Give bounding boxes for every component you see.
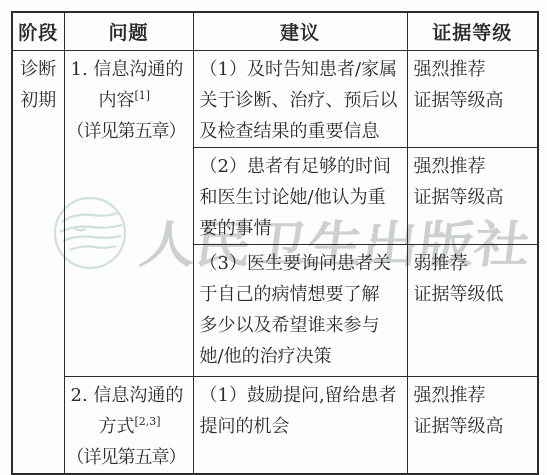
suggestion-cell-2-1: （1）鼓励提问,留给患者 提问的机会 bbox=[193, 377, 407, 475]
question-2-subject: 方式[2,3] bbox=[71, 411, 188, 442]
header-evidence-level: 证据等级 bbox=[407, 12, 538, 51]
evidence-cell-1-2: 强烈推荐 证据等级高 bbox=[407, 148, 538, 245]
header-suggestion: 建议 bbox=[193, 12, 407, 51]
recommendation-table: 阶段 问题 建议 证据等级 诊断 初期 1. 信息沟通的 内容[1] （详见第五… bbox=[11, 11, 539, 475]
suggestion-cell-1-1: （1）及时告知患者/家属 关于诊断、治疗、预后以 及检查结果的重要信息 bbox=[193, 51, 407, 148]
table-row: 2. 信息沟通的 方式[2,3] （详见第五章） （1）鼓励提问,留给患者 提问… bbox=[12, 377, 538, 475]
question-1-title: 1. 信息沟通的 bbox=[71, 54, 188, 85]
table-row: 诊断 初期 1. 信息沟通的 内容[1] （详见第五章） （1）及时告知患者/家… bbox=[12, 51, 538, 148]
stage-cell: 诊断 初期 bbox=[12, 51, 64, 475]
footnote-ref: [2,3] bbox=[135, 415, 161, 428]
question-1-subject: 内容[1] bbox=[71, 85, 188, 116]
header-stage: 阶段 bbox=[12, 12, 64, 51]
evidence-cell-1-1: 强烈推荐 证据等级高 bbox=[407, 51, 538, 148]
question-2-note: （详见第五章） bbox=[67, 442, 188, 473]
question-cell-2: 2. 信息沟通的 方式[2,3] （详见第五章） bbox=[64, 377, 193, 475]
header-question: 问题 bbox=[64, 12, 193, 51]
evidence-cell-1-3: 弱推荐 证据等级低 bbox=[407, 245, 538, 377]
footnote-ref: [1] bbox=[135, 89, 151, 102]
header-row: 阶段 问题 建议 证据等级 bbox=[12, 12, 538, 51]
question-1-note: （详见第五章） bbox=[67, 116, 188, 147]
suggestion-cell-1-3: （3）医生要询问患者关 于自己的病情想要了解 多少以及希望谁来参与 她/他的治疗… bbox=[193, 245, 407, 377]
question-2-title: 2. 信息沟通的 bbox=[71, 380, 188, 411]
scanned-book-page: 人民卫生出版社 阶段 问题 建议 证据等级 诊断 初期 1. 信息沟通的 内容[… bbox=[0, 0, 547, 475]
evidence-cell-2-1: 强烈推荐 证据等级高 bbox=[407, 377, 538, 475]
question-cell-1: 1. 信息沟通的 内容[1] （详见第五章） bbox=[64, 51, 193, 377]
suggestion-cell-1-2: （2）患者有足够的时间 和医生讨论她/他认为重 要的事情 bbox=[193, 148, 407, 245]
